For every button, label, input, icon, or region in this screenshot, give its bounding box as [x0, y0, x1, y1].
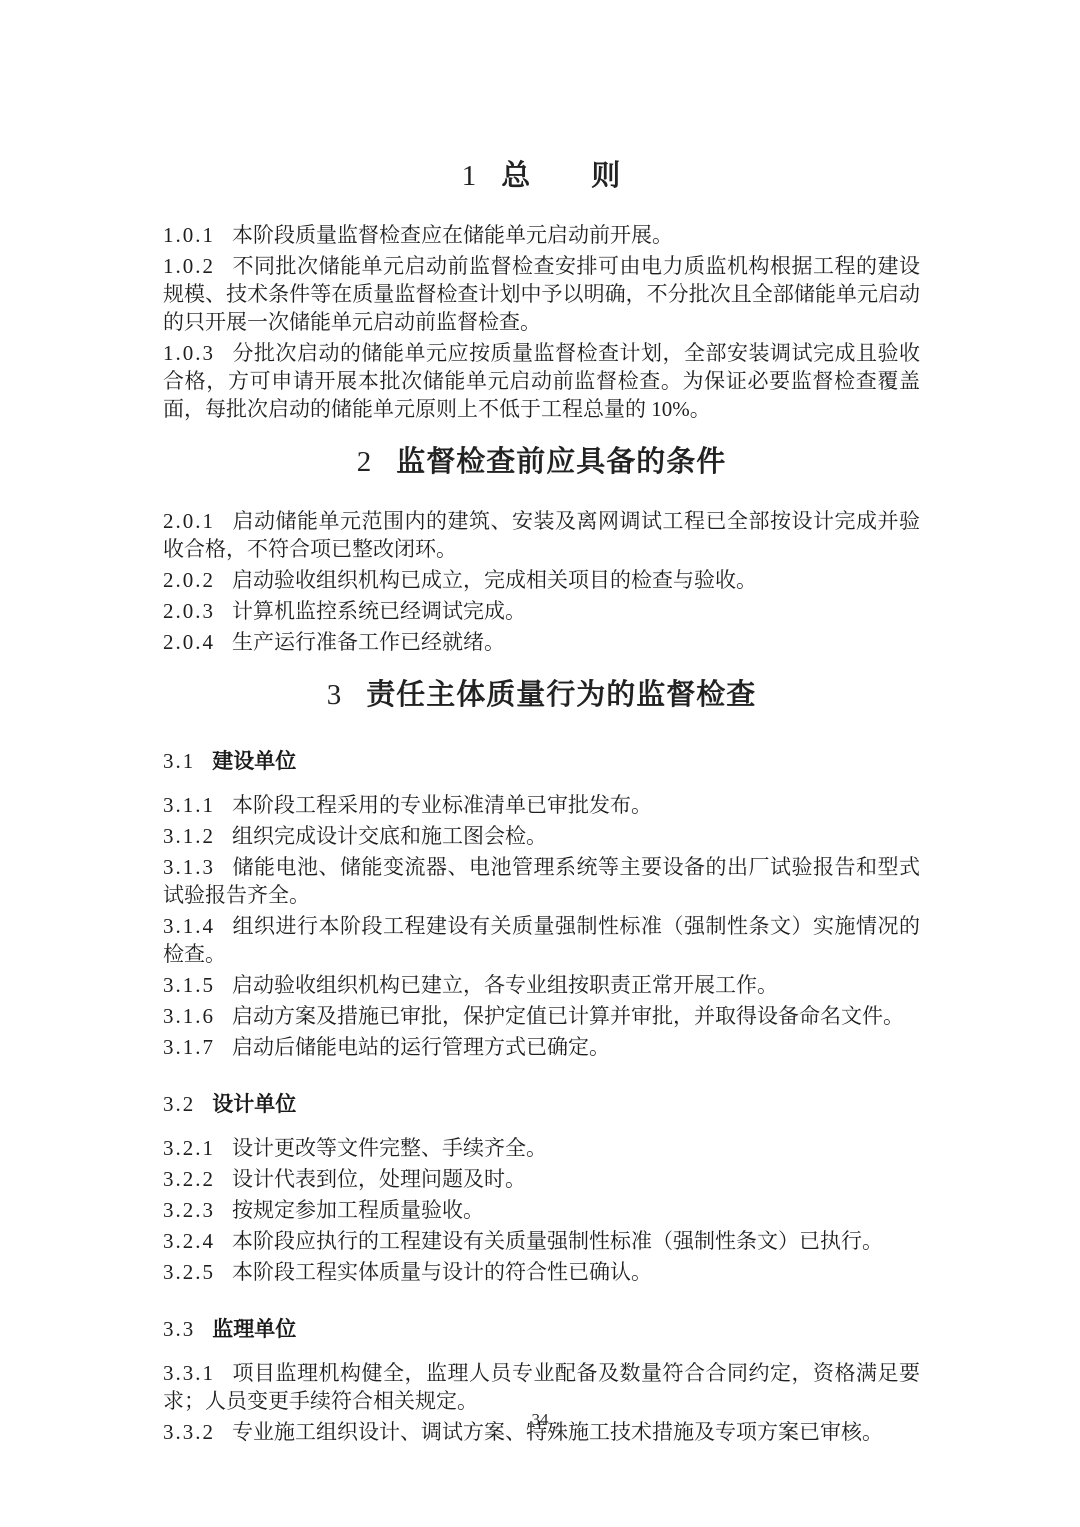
clause-text: 启动验收组织机构已成立，完成相关项目的检查与验收。 [232, 568, 757, 592]
clause-number: 3.2.5 [163, 1260, 215, 1284]
clause-text: 启动储能单元范围内的建筑、安装及离网调试工程已全部按设计完成并验收合格，不符合项… [163, 509, 920, 561]
clause-3-1-3: 3.1.3储能电池、储能变流器、电池管理系统等主要设备的出厂试验报告和型式试验报… [163, 853, 920, 909]
clause-3-1-1: 3.1.1本阶段工程采用的专业标准清单已审批发布。 [163, 791, 920, 819]
clause-3-2-1: 3.2.1设计更改等文件完整、手续齐全。 [163, 1134, 920, 1162]
clause-3-1-5: 3.1.5启动验收组织机构已建立，各专业组按职责正常开展工作。 [163, 971, 920, 999]
clause-1-0-3: 1.0.3分批次启动的储能单元应按质量监督检查计划，全部安装调试完成且验收合格，… [163, 339, 920, 423]
clause-number: 3.2.4 [163, 1229, 215, 1253]
clause-text: 分批次启动的储能单元应按质量监督检查计划，全部安装调试完成且验收合格，方可申请开… [163, 341, 920, 421]
clause-text: 不同批次储能单元启动前监督检查安排可由电力质监机构根据工程的建设规模、技术条件等… [163, 254, 920, 334]
section-title: 设计单位 [212, 1093, 296, 1116]
clause-2-0-4: 2.0.4生产运行准备工作已经就绪。 [163, 628, 920, 656]
clause-3-1-4: 3.1.4组织进行本阶段工程建设有关质量强制性标准（强制性条文）实施情况的检查。 [163, 912, 920, 968]
section-title: 建设单位 [212, 750, 296, 773]
clause-3-3-1: 3.3.1项目监理机构健全，监理人员专业配备及数量符合合同约定，资格满足要求；人… [163, 1359, 920, 1415]
clause-text: 储能电池、储能变流器、电池管理系统等主要设备的出厂试验报告和型式试验报告齐全。 [163, 855, 920, 907]
clause-3-1-6: 3.1.6启动方案及措施已审批，保护定值已计算并审批，并取得设备命名文件。 [163, 1002, 920, 1030]
clause-text: 组织完成设计交底和施工图会检。 [232, 824, 547, 848]
clause-3-1-2: 3.1.2组织完成设计交底和施工图会检。 [163, 822, 920, 850]
section-number: 3.1 [163, 749, 195, 773]
section-3-3-clauses: 3.3.1项目监理机构健全，监理人员专业配备及数量符合合同约定，资格满足要求；人… [163, 1359, 920, 1446]
chapter-3-heading: 3责任主体质量行为的监督检查 [163, 674, 920, 716]
document-page: 1总 则 1.0.1本阶段质量监督检查应在储能单元启动前开展。 1.0.2不同批… [0, 0, 1080, 1527]
clause-number: 3.3.1 [163, 1361, 215, 1385]
section-number: 3.3 [163, 1317, 195, 1341]
clause-3-1-7: 3.1.7启动后储能电站的运行管理方式已确定。 [163, 1033, 920, 1061]
clause-text: 设计代表到位，处理问题及时。 [232, 1167, 526, 1191]
chapter-1-title: 总 则 [501, 160, 621, 192]
section-title: 监理单位 [212, 1318, 296, 1341]
clause-text: 启动验收组织机构已建立，各专业组按职责正常开展工作。 [232, 973, 778, 997]
chapter-1-heading: 1总 则 [163, 155, 920, 197]
clause-3-2-2: 3.2.2设计代表到位，处理问题及时。 [163, 1165, 920, 1193]
clause-text: 本阶段工程实体质量与设计的符合性已确认。 [232, 1260, 652, 1284]
clause-number: 3.1.3 [163, 855, 215, 879]
clause-text: 本阶段工程采用的专业标准清单已审批发布。 [232, 793, 652, 817]
chapter-2-heading: 2监督检查前应具备的条件 [163, 441, 920, 483]
clause-2-0-3: 2.0.3计算机监控系统已经调试完成。 [163, 597, 920, 625]
chapter-2-number: 2 [357, 446, 373, 478]
clause-2-0-2: 2.0.2启动验收组织机构已成立，完成相关项目的检查与验收。 [163, 566, 920, 594]
clause-text: 本阶段质量监督检查应在储能单元启动前开展。 [232, 223, 673, 247]
clause-3-2-5: 3.2.5本阶段工程实体质量与设计的符合性已确认。 [163, 1258, 920, 1286]
clause-text: 项目监理机构健全，监理人员专业配备及数量符合合同约定，资格满足要求；人员变更手续… [163, 1361, 920, 1413]
section-number: 3.2 [163, 1092, 195, 1116]
clause-text: 组织进行本阶段工程建设有关质量强制性标准（强制性条文）实施情况的检查。 [163, 914, 920, 966]
clause-number: 3.1.4 [163, 914, 215, 938]
clause-text: 启动方案及措施已审批，保护定值已计算并审批，并取得设备命名文件。 [232, 1004, 904, 1028]
clause-number: 3.1.7 [163, 1035, 215, 1059]
clause-3-2-4: 3.2.4本阶段应执行的工程建设有关质量强制性标准（强制性条文）已执行。 [163, 1227, 920, 1255]
clause-text: 按规定参加工程质量验收。 [232, 1198, 484, 1222]
section-3-2-clauses: 3.2.1设计更改等文件完整、手续齐全。 3.2.2设计代表到位，处理问题及时。… [163, 1134, 920, 1286]
clause-number: 2.0.1 [163, 509, 215, 533]
clause-number: 3.2.2 [163, 1167, 215, 1191]
clause-number: 2.0.3 [163, 599, 215, 623]
chapter-3-title: 责任主体质量行为的监督检查 [366, 679, 756, 711]
chapter-2-title: 监督检查前应具备的条件 [396, 446, 726, 478]
clause-number: 2.0.4 [163, 630, 215, 654]
clause-number: 3.1.2 [163, 824, 215, 848]
clause-text: 本阶段应执行的工程建设有关质量强制性标准（强制性条文）已执行。 [232, 1229, 883, 1253]
clause-number: 3.1.6 [163, 1004, 215, 1028]
clause-2-0-1: 2.0.1启动储能单元范围内的建筑、安装及离网调试工程已全部按设计完成并验收合格… [163, 507, 920, 563]
chapter-2-clauses: 2.0.1启动储能单元范围内的建筑、安装及离网调试工程已全部按设计完成并验收合格… [163, 507, 920, 656]
page-number: 34 [0, 1410, 1080, 1430]
chapter-1-number: 1 [462, 160, 478, 192]
clause-number: 3.2.1 [163, 1136, 215, 1160]
clause-text: 设计更改等文件完整、手续齐全。 [232, 1136, 547, 1160]
section-3-1-heading: 3.1建设单位 [163, 746, 920, 777]
clause-number: 3.1.1 [163, 793, 215, 817]
clause-number: 3.2.3 [163, 1198, 215, 1222]
clause-text: 启动后储能电站的运行管理方式已确定。 [232, 1035, 610, 1059]
section-3-2-heading: 3.2设计单位 [163, 1089, 920, 1120]
clause-1-0-1: 1.0.1本阶段质量监督检查应在储能单元启动前开展。 [163, 221, 920, 249]
clause-number: 1.0.1 [163, 223, 215, 247]
clause-number: 1.0.2 [163, 254, 215, 278]
chapter-1-clauses: 1.0.1本阶段质量监督检查应在储能单元启动前开展。 1.0.2不同批次储能单元… [163, 221, 920, 423]
clause-text: 计算机监控系统已经调试完成。 [232, 599, 526, 623]
clause-text: 生产运行准备工作已经就绪。 [232, 630, 505, 654]
section-3-1-clauses: 3.1.1本阶段工程采用的专业标准清单已审批发布。 3.1.2组织完成设计交底和… [163, 791, 920, 1061]
clause-number: 1.0.3 [163, 341, 215, 365]
chapter-3-number: 3 [327, 679, 343, 711]
clause-3-2-3: 3.2.3按规定参加工程质量验收。 [163, 1196, 920, 1224]
clause-1-0-2: 1.0.2不同批次储能单元启动前监督检查安排可由电力质监机构根据工程的建设规模、… [163, 252, 920, 336]
page-content: 1总 则 1.0.1本阶段质量监督检查应在储能单元启动前开展。 1.0.2不同批… [0, 155, 1080, 1446]
clause-number: 2.0.2 [163, 568, 215, 592]
section-3-3-heading: 3.3监理单位 [163, 1314, 920, 1345]
clause-number: 3.1.5 [163, 973, 215, 997]
